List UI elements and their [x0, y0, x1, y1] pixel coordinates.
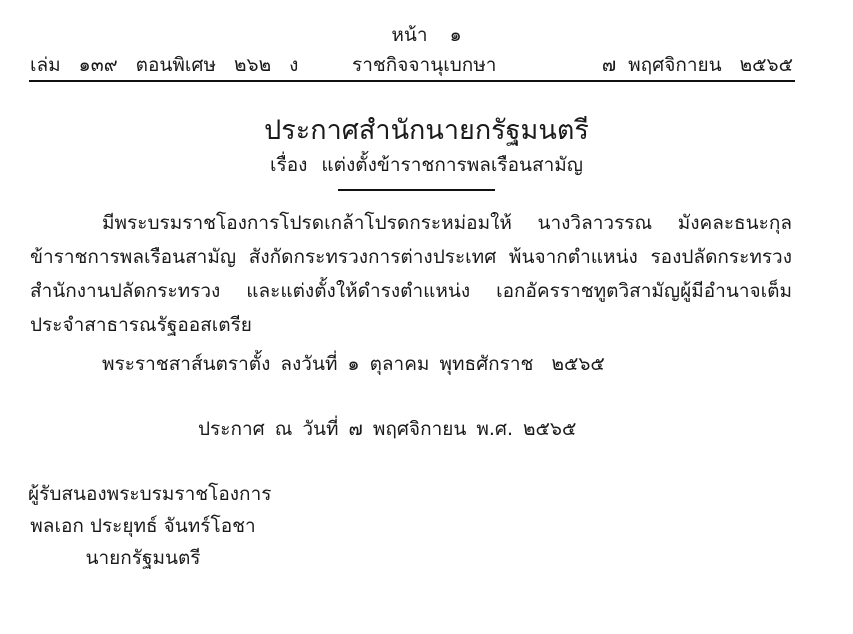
publication-date: ๗พฤศจิกายน๒๕๖๕ [602, 50, 793, 80]
publication-day: ๗ [602, 54, 616, 76]
volume-number: ๑๓๙ [79, 54, 118, 76]
announced-day: ๗ [349, 418, 363, 440]
announced-at: ณ [275, 418, 293, 440]
signature-block: ผู้รับสนองพระบรมราชโองการ พลเอก ประยุทธ์… [28, 478, 258, 574]
section-number: ๒๖๒ [234, 54, 271, 76]
announced-label: ประกาศ [198, 418, 265, 440]
announcement-date-line: ประกาศณวันที่๗พฤศจิกายนพ.ศ.๒๕๖๕ [198, 414, 576, 444]
gazette-name: ราชกิจจานุเบกษา [352, 50, 496, 80]
body-paragraph: มีพระบรมราชโองการโปรดเกล้าโปรดกระหม่อมให… [30, 206, 792, 342]
body-line: มีพระบรมราชโองการโปรดเกล้าโปรดกระหม่อมให… [30, 206, 792, 240]
credentials-year: ๒๕๖๕ [551, 353, 604, 375]
signatory-position: นายกรัฐมนตรี [28, 542, 258, 574]
header-rule [29, 80, 795, 82]
credentials-date-label: ลงวันที่ [280, 353, 337, 375]
countersign-label: ผู้รับสนองพระบรมราชโองการ [28, 478, 258, 510]
announced-year: ๒๕๖๕ [523, 418, 576, 440]
subject-label: เรื่อง [270, 154, 307, 176]
announced-date-label: วันที่ [302, 418, 338, 440]
signatory-name: พลเอก ประยุทธ์ จันทร์โอชา [28, 510, 258, 542]
title-divider [338, 189, 495, 191]
section-label: ตอนพิเศษ [136, 54, 216, 76]
credentials-text: พระราชสาส์นตราตั้ง [102, 353, 270, 375]
credentials-month: ตุลาคม [370, 353, 430, 375]
volume-section-info: เล่ม๑๓๙ตอนพิเศษ๒๖๒ง [30, 50, 298, 80]
announcement-title: ประกาศสำนักนายกรัฐมนตรี [0, 108, 853, 151]
announced-month: พฤศจิกายน [373, 418, 467, 440]
volume-label: เล่ม [30, 54, 61, 76]
body-line: ข้าราชการพลเรือนสามัญ สังกัดกระทรวงการต่… [30, 240, 792, 274]
publication-month: พฤศจิกายน [628, 54, 722, 76]
page-label: หน้า [391, 20, 427, 50]
announced-era: พ.ศ. [476, 418, 513, 440]
royal-credentials-line: พระราชสาส์นตราตั้งลงวันที่๑ตุลาคมพุทธศัก… [102, 349, 605, 379]
body-line: สำนักงานปลัดกระทรวง และแต่งตั้งให้ดำรงตำ… [30, 274, 792, 308]
credentials-era-label: พุทธศักราช [439, 353, 533, 375]
page-number-value: ๑ [450, 20, 462, 50]
section-letter: ง [289, 54, 298, 76]
credentials-day: ๑ [348, 353, 360, 375]
body-line: ประจำสาธารณรัฐออสเตรีย [30, 308, 792, 342]
subject-text: แต่งตั้งข้าราชการพลเรือนสามัญ [321, 154, 583, 176]
publication-year: ๒๕๖๕ [740, 54, 793, 76]
announcement-subject: เรื่องแต่งตั้งข้าราชการพลเรือนสามัญ [0, 150, 853, 180]
page-number: หน้า๑ [0, 20, 853, 50]
